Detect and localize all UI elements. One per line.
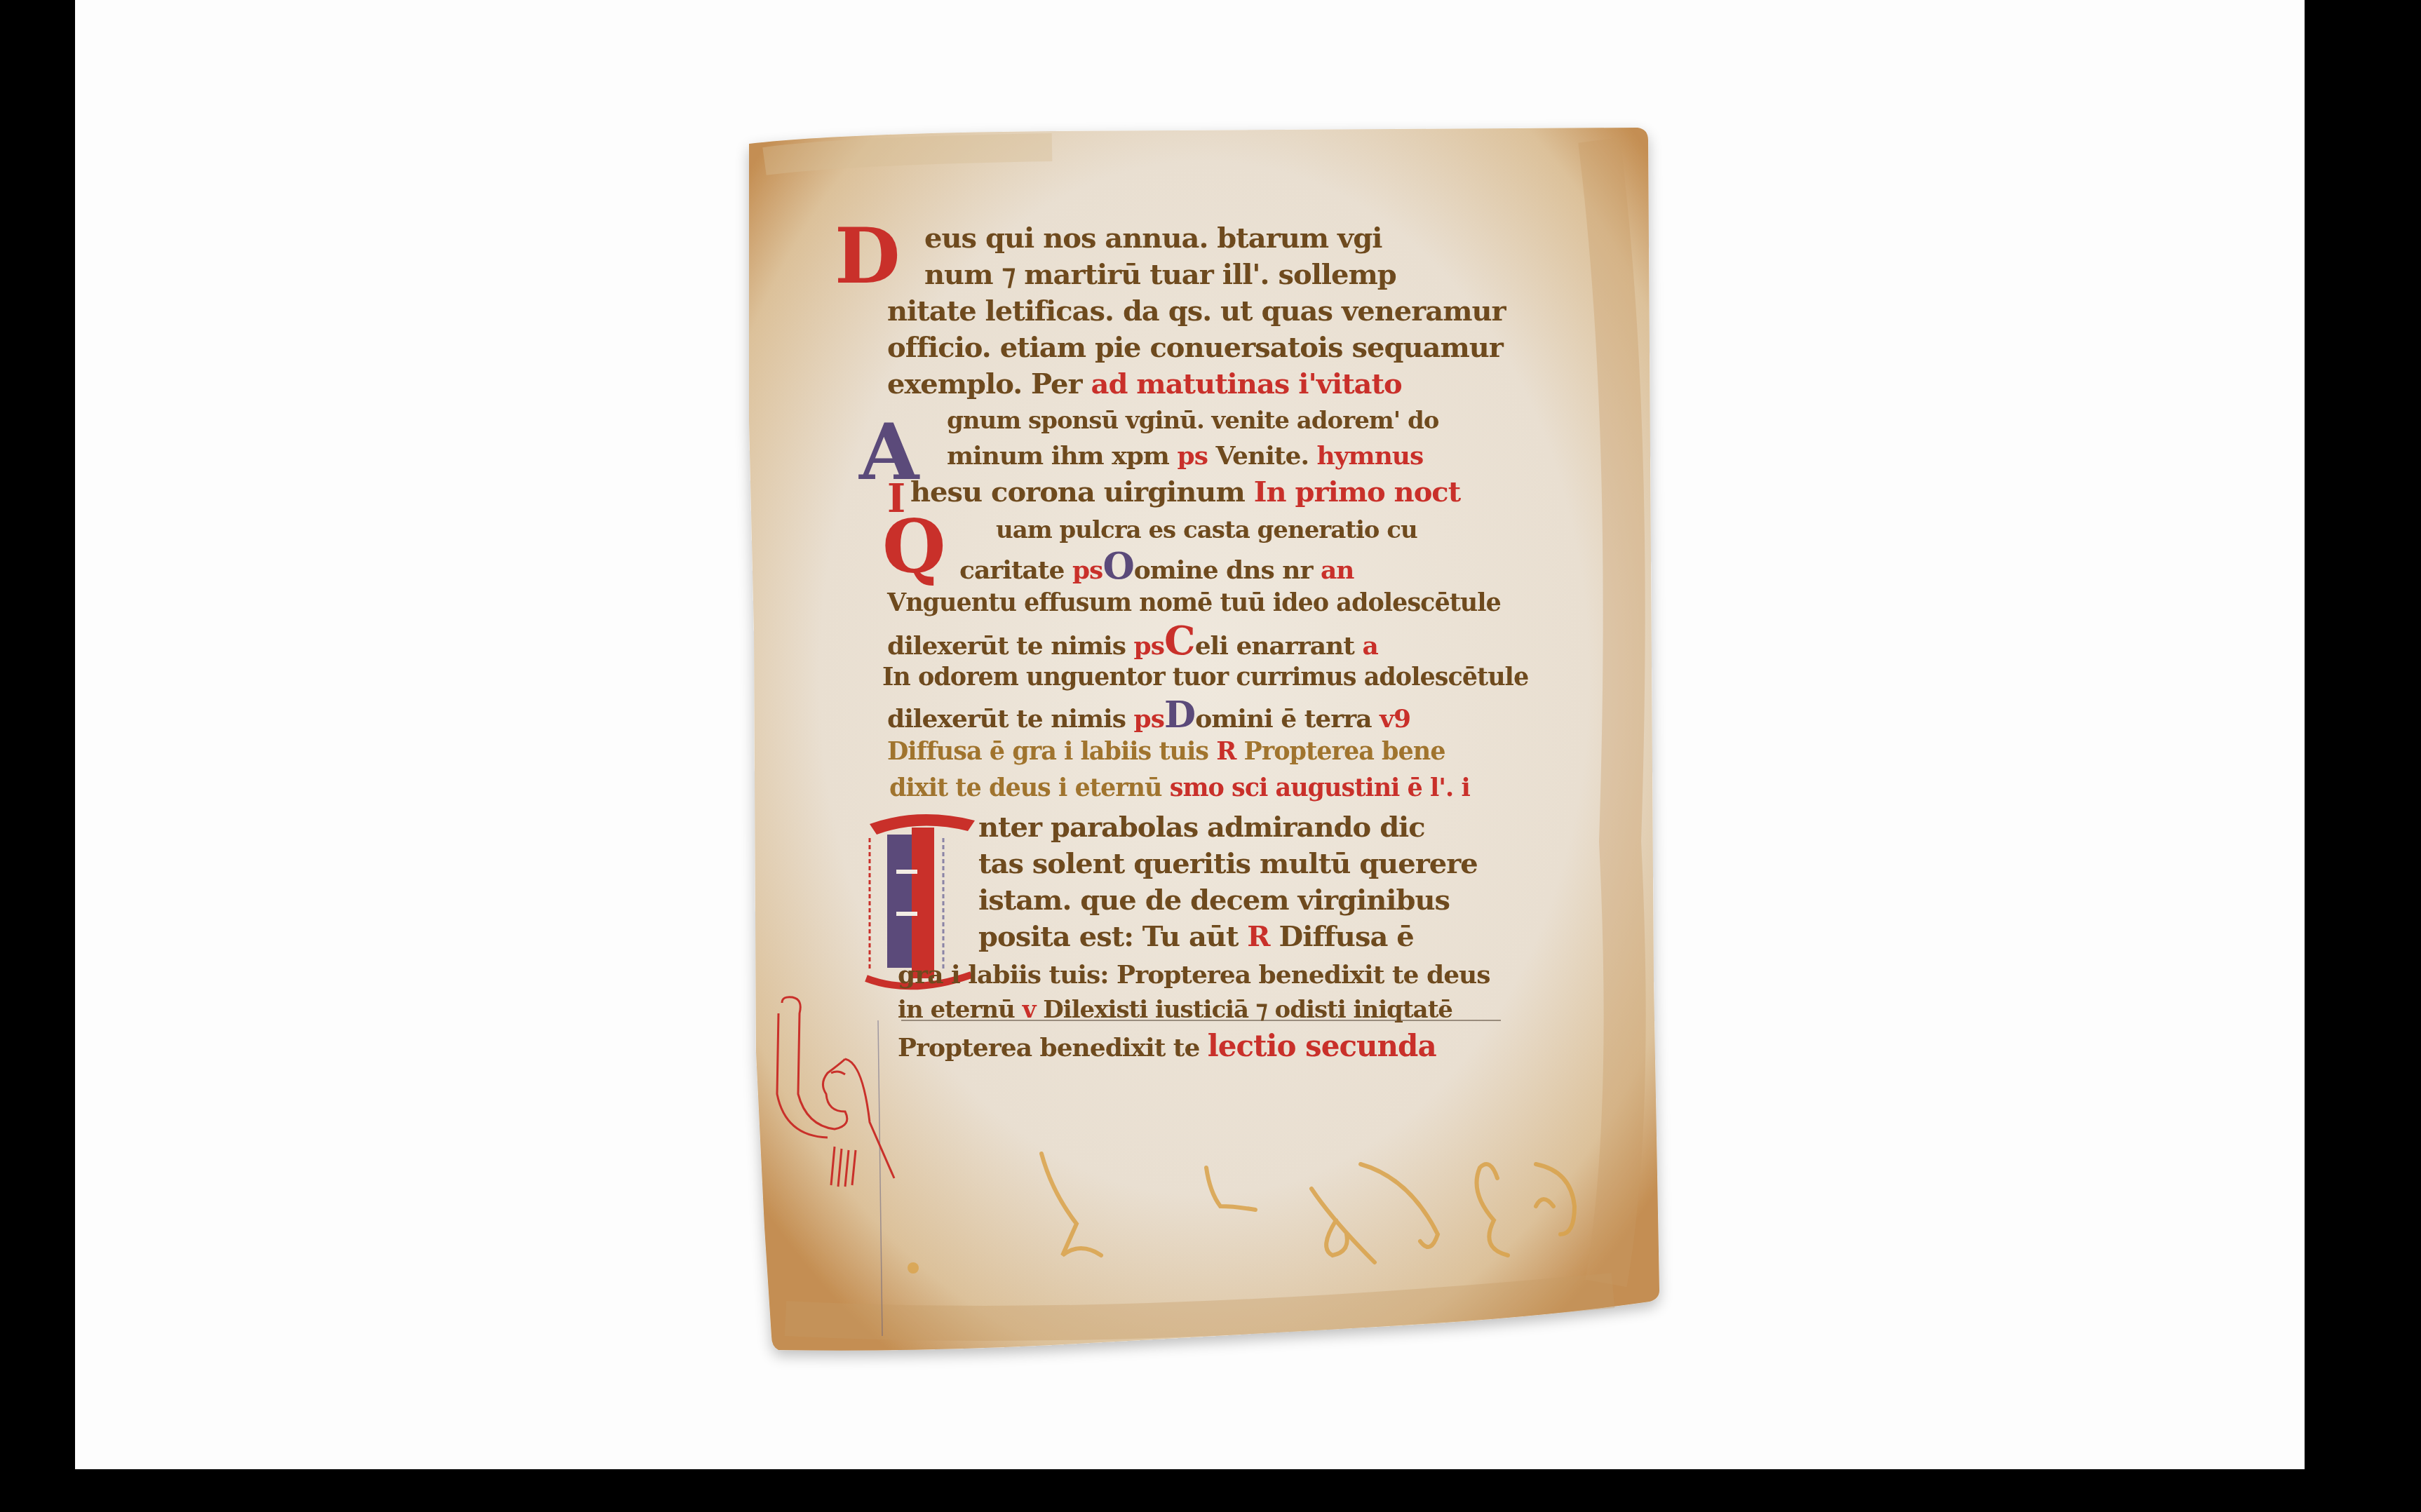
- text-line-4: officio. etiam pie conuersatois sequamur: [887, 332, 1503, 363]
- text-line-20: posita est: Tu aūt R Diffusa ē: [978, 922, 1414, 952]
- text-line-6: gnum sponsū vginū. venite adorem' do: [947, 405, 1439, 436]
- text-line-15: Diffusa ē gra i labiis tuis R Propterea …: [887, 736, 1445, 767]
- text-line-23: Propterea benedixit te lectio secunda: [898, 1031, 1436, 1063]
- text-line-9: uam pulcra es casta generatio cu: [996, 515, 1417, 546]
- text-line-2: num ⁊ martirū tuar ill'. sollemp: [924, 259, 1396, 290]
- text-line-19: istam. que de decem virginibus: [978, 885, 1450, 916]
- text-line-21: gra i labiis tuis: Propterea benedixit t…: [898, 959, 1490, 990]
- text-line-22: in eternū v Dilexisti iusticiā ⁊ odisti …: [898, 994, 1452, 1025]
- text-line-12: dilexerūt te nimis psCeli enarrant a: [887, 626, 1378, 661]
- text-line-11: Vnguentu effusum nomē tuū ideo adolescēt…: [887, 588, 1501, 619]
- text-line-1: eus qui nos annua. btarum vgi: [924, 223, 1382, 254]
- text-line-8: hesu corona uirginum In primo noct: [910, 477, 1460, 508]
- initial-D-red: D: [835, 219, 901, 295]
- text-line-14: dilexerūt te nimis psDomini ē terra v9: [887, 700, 1410, 734]
- text-line-16: dixit te deus i eternū smo sci augustini…: [889, 773, 1470, 804]
- text-line-7: minum ihm xpm ps Venite. hymnus: [947, 440, 1423, 471]
- initial-Q-red: Q: [882, 511, 946, 583]
- text-line-18: tas solent queritis multū querere: [978, 849, 1478, 879]
- text-line-17: nter parabolas admirando dic: [978, 812, 1425, 843]
- text-line-5: exemplo. Per ad matutinas i'vitato: [887, 369, 1402, 400]
- text-line-13: In odorem unguentor tuor currimus adoles…: [882, 662, 1528, 693]
- text-line-3: nitate letificas. da qs. ut quas veneram…: [887, 296, 1506, 327]
- text-line-10: caritate psOomine dns nr an: [959, 551, 1354, 586]
